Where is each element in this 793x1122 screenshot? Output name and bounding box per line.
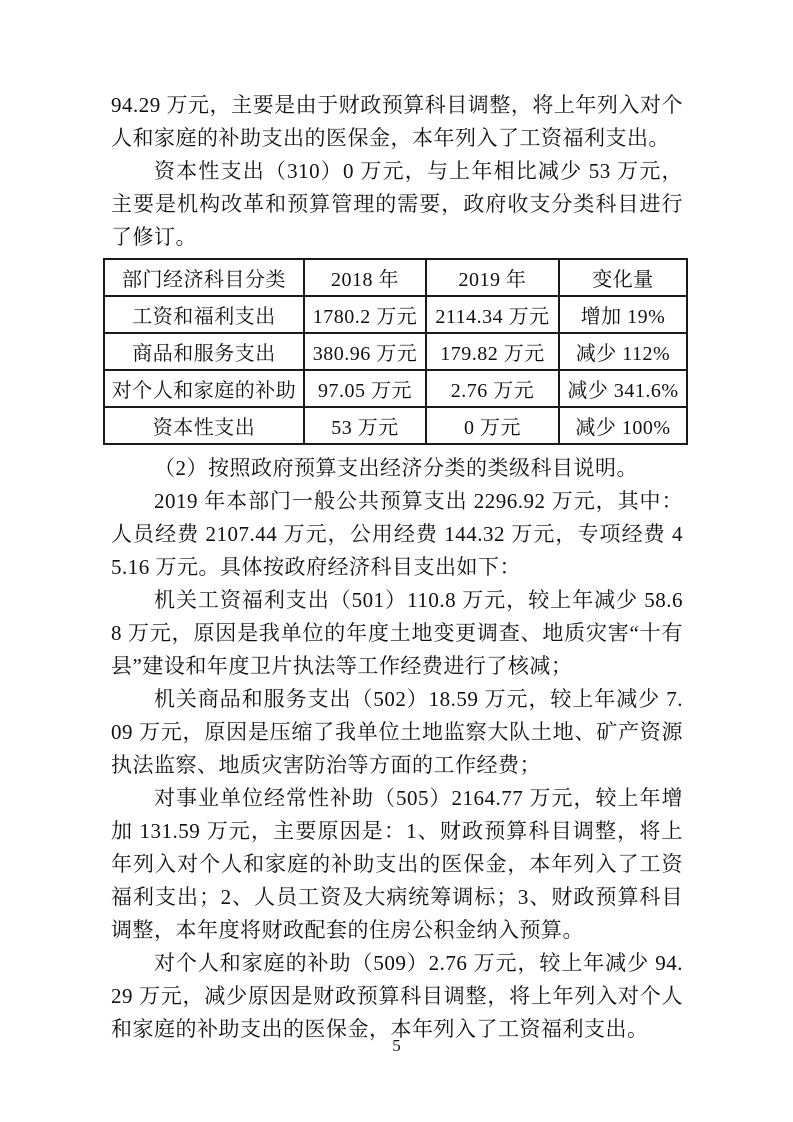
page-number: 5	[392, 1036, 401, 1055]
table-cell-2018: 53 万元	[304, 407, 426, 444]
page-footer: 5	[0, 1036, 793, 1056]
table-header-row: 部门经济科目分类 2018 年 2019 年 变化量	[104, 259, 687, 296]
explanation-section: （2）按照政府预算支出经济分类的类级科目说明。 2019 年本部门一般公共预算支…	[111, 452, 683, 1046]
paragraph-509-individual-family: 对个人和家庭的补助（509）2.76 万元，较上年减少 94.29 万元，减少原…	[111, 947, 683, 1046]
paragraph-continuation: 94.29 万元，主要是由于财政预算科目调整，将上年列入对个人和家庭的补助支出的…	[111, 89, 683, 155]
table-header-category: 部门经济科目分类	[104, 259, 304, 296]
table-cell-change: 减少 341.6%	[559, 370, 687, 407]
table-cell-category: 商品和服务支出	[104, 333, 304, 370]
paragraph-total-budget: 2019 年本部门一般公共预算支出 2296.92 万元，其中：人员经费 210…	[111, 485, 683, 584]
table-row: 对个人和家庭的补助 97.05 万元 2.76 万元 减少 341.6%	[104, 370, 687, 407]
table-cell-2019: 2114.34 万元	[426, 296, 559, 333]
document-page: 94.29 万元，主要是由于财政预算科目调整，将上年列入对个人和家庭的补助支出的…	[0, 0, 793, 1122]
table-cell-change: 减少 100%	[559, 407, 687, 444]
table-cell-change: 减少 112%	[559, 333, 687, 370]
table-header-change: 变化量	[559, 259, 687, 296]
table-cell-2019: 0 万元	[426, 407, 559, 444]
paragraph-502-goods-services: 机关商品和服务支出（502）18.59 万元，较上年减少 7.09 万元，原因是…	[111, 683, 683, 782]
table-cell-2018: 380.96 万元	[304, 333, 426, 370]
paragraph-505-subsidies: 对事业单位经常性补助（505）2164.77 万元，较上年增加 131.59 万…	[111, 782, 683, 947]
table-cell-2018: 97.05 万元	[304, 370, 426, 407]
table-cell-category: 工资和福利支出	[104, 296, 304, 333]
table-cell-category: 资本性支出	[104, 407, 304, 444]
budget-comparison-table: 部门经济科目分类 2018 年 2019 年 变化量 工资和福利支出 1780.…	[103, 258, 688, 445]
table-cell-2018: 1780.2 万元	[304, 296, 426, 333]
paragraph-501-wages: 机关工资福利支出（501）110.8 万元，较上年减少 58.68 万元，原因是…	[111, 584, 683, 683]
paragraph-section-heading: （2）按照政府预算支出经济分类的类级科目说明。	[111, 452, 683, 485]
table-row: 工资和福利支出 1780.2 万元 2114.34 万元 增加 19%	[104, 296, 687, 333]
table-cell-change: 增加 19%	[559, 296, 687, 333]
table-cell-2019: 2.76 万元	[426, 370, 559, 407]
table-row: 商品和服务支出 380.96 万元 179.82 万元 减少 112%	[104, 333, 687, 370]
table-row: 资本性支出 53 万元 0 万元 减少 100%	[104, 407, 687, 444]
table-cell-2019: 179.82 万元	[426, 333, 559, 370]
table-cell-category: 对个人和家庭的补助	[104, 370, 304, 407]
paragraph-capital-expenditure: 资本性支出（310）0 万元，与上年相比减少 53 万元，主要是机构改革和预算管…	[111, 155, 683, 254]
table-header-2019: 2019 年	[426, 259, 559, 296]
table-header-2018: 2018 年	[304, 259, 426, 296]
